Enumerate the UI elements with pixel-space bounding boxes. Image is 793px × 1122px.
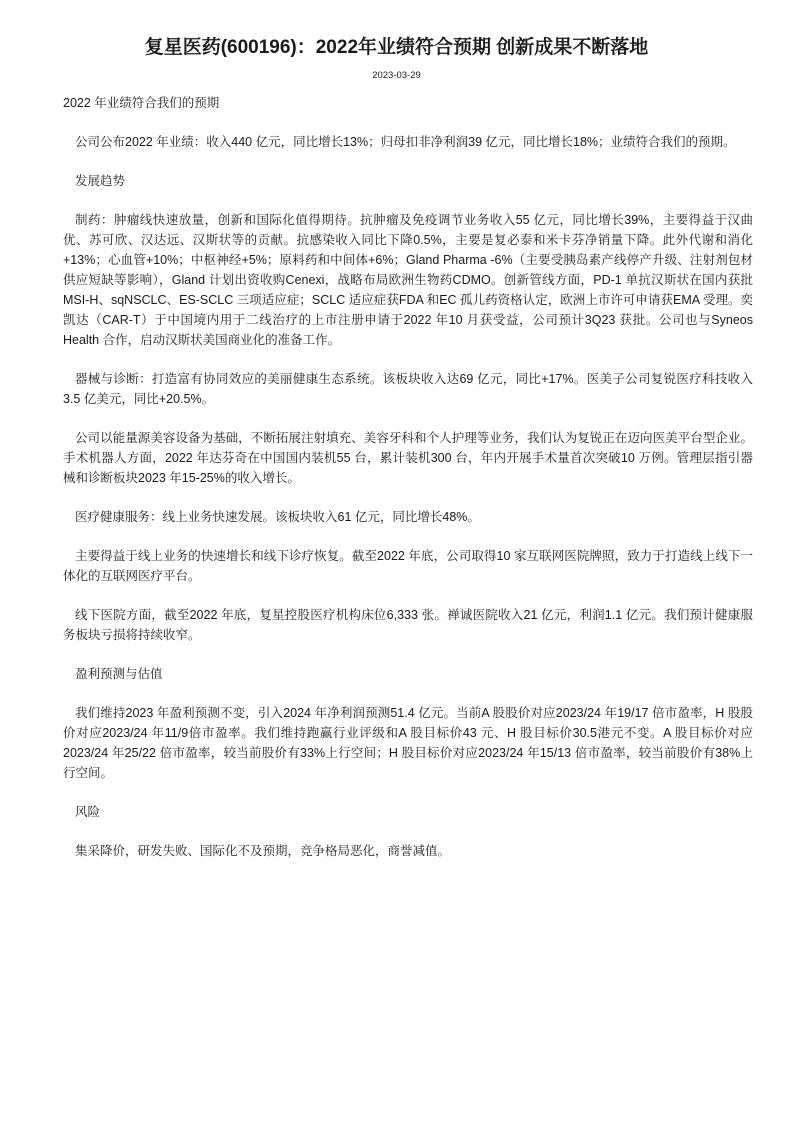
section-heading-valuation: 盈利预测与估值	[63, 664, 753, 684]
lead-summary: 2022 年业绩符合我们的预期	[63, 93, 753, 113]
paragraph-offline-hospitals: 线下医院方面，截至2022 年底，复星控股医疗机构床位6,333 张。禅诚医院收…	[63, 605, 753, 645]
paragraph-online-hospitals: 主要得益于线上业务的快速增长和线下诊疗恢复。截至2022 年底，公司取得10 家…	[63, 546, 753, 586]
paragraph-pharma: 制药：肿瘤线快速放量，创新和国际化值得期待。抗肿瘤及免疫调节业务收入55 亿元，…	[63, 210, 753, 350]
paragraph-aesthetics-robotics: 公司以能量源美容设备为基础，不断拓展注射填充、美容牙科和个人护理等业务，我们认为…	[63, 428, 753, 488]
publish-date: 2023-03-29	[0, 70, 793, 82]
paragraph-healthcare-services: 医疗健康服务：线上业务快速发展。该板块收入61 亿元，同比增长48%。	[63, 507, 753, 527]
page-title: 复星医药(600196)：2022年业绩符合预期 创新成果不断落地	[0, 35, 793, 61]
paragraph-risks: 集采降价，研发失败、国际化不及预期，竞争格局恶化，商誉减值。	[63, 841, 753, 861]
paragraph-results: 公司公布2022 年业绩：收入440 亿元，同比增长13%；归母扣非净利润39 …	[63, 132, 753, 152]
section-heading-risks: 风险	[63, 802, 753, 822]
section-heading-trends: 发展趋势	[63, 171, 753, 191]
paragraph-devices-diagnostics: 器械与诊断：打造富有协同效应的美丽健康生态系统。该板块收入达69 亿元，同比+1…	[63, 369, 753, 409]
document-body: 2022 年业绩符合我们的预期 公司公布2022 年业绩：收入440 亿元，同比…	[63, 93, 753, 880]
document-page: 复星医药(600196)：2022年业绩符合预期 创新成果不断落地 2023-0…	[0, 0, 793, 1122]
paragraph-valuation: 我们维持2023 年盈利预测不变，引入2024 年净利润预测51.4 亿元。当前…	[63, 703, 753, 783]
